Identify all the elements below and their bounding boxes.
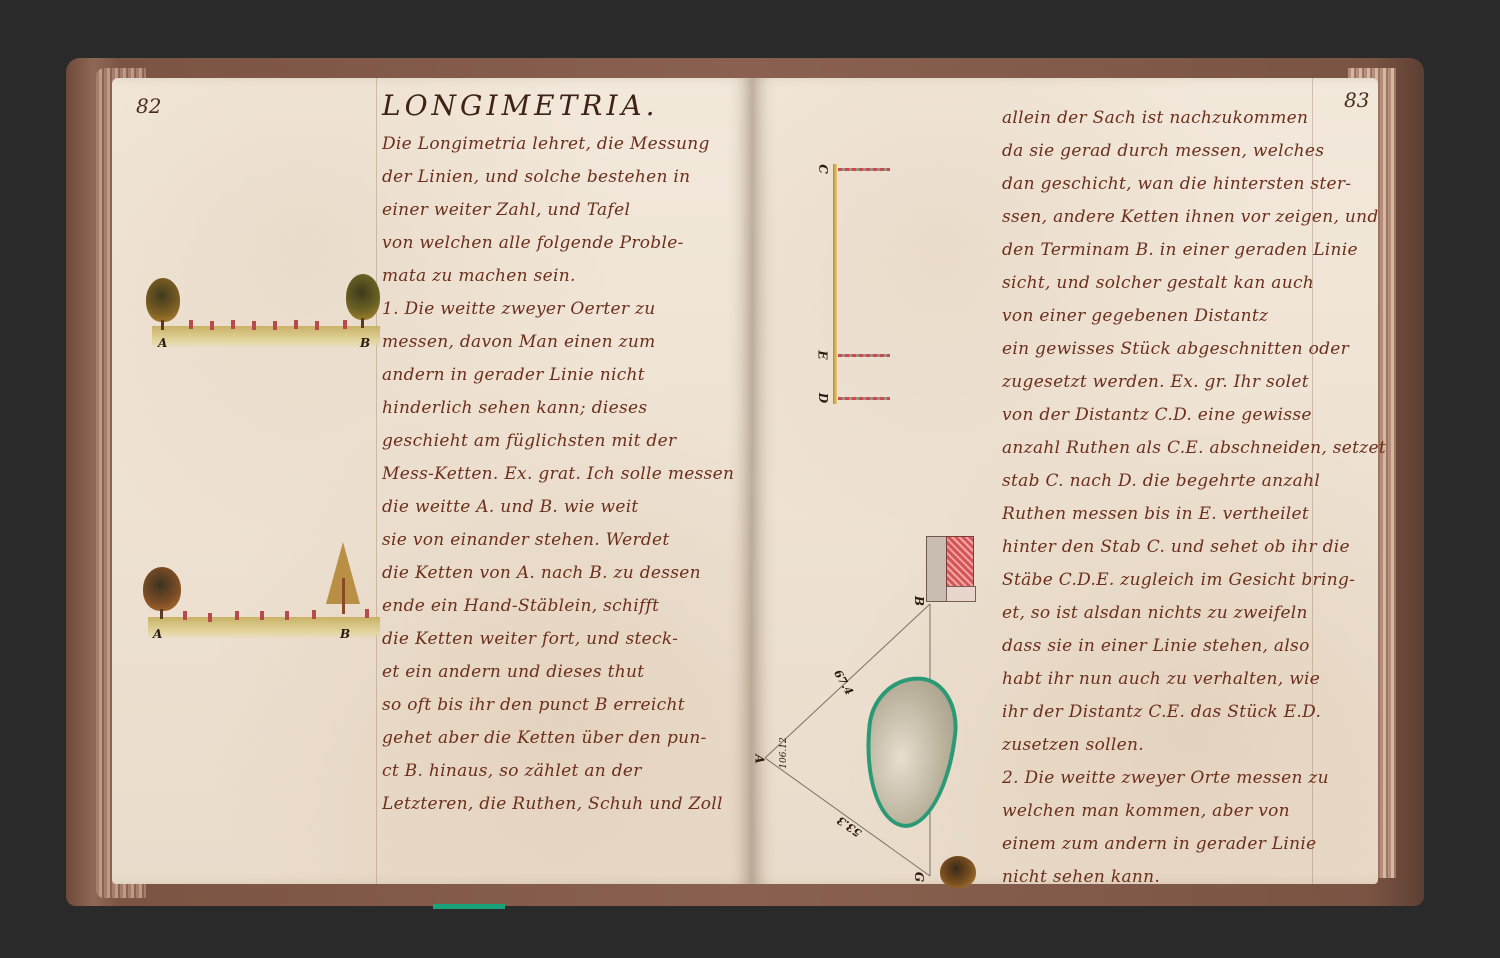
text-line: so oft bis ihr den punct B erreicht [382,689,734,722]
text-line: die Ketten von A. nach B. zu dessen [382,557,734,590]
text-line: ct B. hinaus, so zählet an der [382,755,734,788]
text-line: Die Longimetria lehret, die Messung [382,128,734,161]
text-line: einer weiter Zahl, und Tafel [382,194,734,227]
text-line: Mess-Ketten. Ex. grat. Ich solle messen [382,458,734,491]
text-line: andern in gerader Linie nicht [382,359,734,392]
text-line: von einer gegebenen Distantz [1002,300,1386,333]
text-line: 2. Die weitte zweyer Orte messen zu [1002,762,1386,795]
house-icon [926,536,976,600]
ground-strip [152,326,380,348]
text-line: Stäbe C.D.E. zugleich im Gesicht bring- [1002,564,1386,597]
flag-e [838,354,890,357]
text-line: den Terminam B. in einer geraden Linie [1002,234,1386,267]
text-line: von welchen alle folgende Proble- [382,227,734,260]
text-line: Letzteren, die Ruthen, Schuh und Zoll [382,788,734,821]
text-line: ihr der Distantz C.E. das Stück E.D. [1002,696,1386,729]
point-label-d: D [816,393,830,403]
text-line: geschieht am füglichsten mit der [382,425,734,458]
text-line: habt ihr nun auch zu verhalten, wie [1002,663,1386,696]
text-line: stab C. nach D. die begehrte anzahl [1002,465,1386,498]
flag-c [838,168,890,171]
text-line: dan geschicht, wan die hintersten ster- [1002,168,1386,201]
text-line: et ein andern und dieses thut [382,656,734,689]
marker-post [273,321,277,330]
marker-post [210,321,214,330]
text-line: der Linien, und solche bestehen in [382,161,734,194]
marker-post [183,611,187,620]
angle-measure: 106.12 [779,737,789,769]
text-line: Ruthen messen bis in E. vertheilet [1002,498,1386,531]
point-label-c: C [816,164,830,174]
marker-post [231,320,235,329]
text-line: sicht, und solcher gestalt kan auch [1002,267,1386,300]
marker-post [252,321,256,330]
text-line: zugesetzt werden. Ex. gr. Ihr solet [1002,366,1386,399]
text-line: et, so ist alsdan nichts zu zweifeln [1002,597,1386,630]
text-line: welchen man kommen, aber von [1002,795,1386,828]
bookmark-ribbon [433,904,505,909]
manuscript-book: 82 LONGIMETRIA. Die Longimetria lehret, … [66,58,1424,906]
margin-rule-left [376,78,377,884]
marker-post [260,611,264,620]
text-line: einem zum andern in gerader Linie [1002,828,1386,861]
vertex-label-g: G [912,872,926,882]
left-page: 82 LONGIMETRIA. Die Longimetria lehret, … [112,78,752,884]
vertex-label-a: A [753,754,767,763]
point-label-b: B [360,336,370,350]
text-line: von der Distantz C.D. eine gewisse [1002,399,1386,432]
page-title: LONGIMETRIA. [382,84,734,128]
marker-post [235,611,239,620]
marker-post [315,321,319,330]
text-line: sie von einander stehen. Werdet [382,524,734,557]
text-line: allein der Sach ist nachzukommen [1002,102,1386,135]
text-line: mata zu machen sein. [382,260,734,293]
text-line: dass sie in einer Linie stehen, also [1002,630,1386,663]
text-line: hinter den Stab C. und sehet ob ihr die [1002,531,1386,564]
text-line: gehet aber die Ketten über den pun- [382,722,734,755]
vertex-label-b: B [912,596,926,606]
point-label-a: A [153,627,162,641]
text-line: da sie gerad durch messen, welches [1002,135,1386,168]
right-page-text: allein der Sach ist nachzukommen da sie … [1002,102,1386,894]
text-line: ein gewisses Stück abgeschnitten oder [1002,333,1386,366]
marker-post [312,610,316,619]
point-label-b: B [340,627,350,641]
text-line: nicht sehen kann. [1002,861,1386,894]
text-line: ssen, andere Ketten ihnen vor zeigen, un… [1002,201,1386,234]
text-line: die Ketten weiter fort, und steck- [382,623,734,656]
marker-post [285,611,289,620]
flag-d [838,397,890,400]
point-label-e: E [816,350,830,359]
text-line: 1. Die weitte zweyer Oerter zu [382,293,734,326]
text-line: hinderlich sehen kann; dieses [382,392,734,425]
marker-post [294,320,298,329]
page-number-left: 82 [136,94,161,118]
text-line: ende ein Hand-Stäblein, schifft [382,590,734,623]
marker-post [343,320,347,329]
marker-post [208,613,212,622]
measuring-rod [833,164,837,404]
point-label-a: A [158,336,167,350]
text-line: die weitte A. und B. wie weit [382,491,734,524]
text-line: messen, davon Man einen zum [382,326,734,359]
marker-post [189,320,193,329]
text-line: zusetzen sollen. [1002,729,1386,762]
marker-post [365,609,369,618]
right-page: 83 allein der Sach ist nachzukommen da s… [752,78,1378,884]
left-page-text: LONGIMETRIA. Die Longimetria lehret, die… [382,84,734,821]
text-line: anzahl Ruthen als C.E. abschneiden, setz… [1002,432,1386,465]
